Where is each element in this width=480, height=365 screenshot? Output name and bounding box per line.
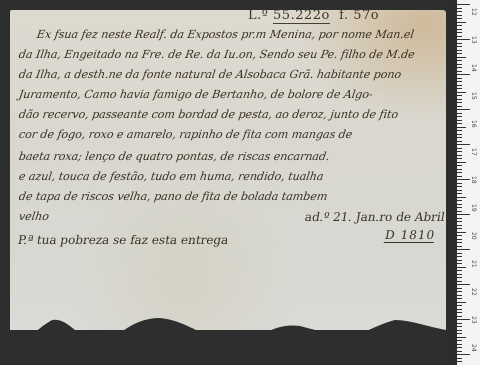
ruler-label: 17 [470,148,477,156]
ruler-label: 21 [470,260,477,268]
manuscript-line-7: baeta roxa; lenço de quatro pontas, de r… [18,150,330,163]
ruler-tick [457,50,462,51]
ruler-tick [457,120,462,121]
manuscript-line-6: cor de fogo, roxo e amarelo, rapinho de … [18,128,353,141]
ruler-tick [457,260,462,261]
ruler-tick [457,36,462,37]
ruler-tick [457,277,462,278]
ruler-tick [457,197,466,198]
scan-border-strip [447,0,457,365]
ruler-tick [457,22,466,23]
ruler-tick [457,32,462,33]
manuscript-line-4: Juramento, Camo havia famigo de Bertanho… [18,88,374,101]
ruler-tick [457,351,462,352]
ruler-tick [457,200,462,201]
ruler-tick [457,60,462,61]
ruler-tick [457,148,462,149]
ruler-tick [457,291,462,292]
manuscript-line-3: da Ilha, a desth.ne da fonte natural de … [18,68,402,81]
folio-number: 57o [353,8,379,23]
ruler-tick [457,29,462,30]
manuscript-line-5: dão recervo, passeante com bordad de pes… [18,108,399,121]
ruler-tick [457,169,462,170]
ruler-tick [457,242,462,243]
manuscript-line-1: Ex fsua fez neste Realf. da Expostos pr.… [36,28,415,41]
ruler-tick [457,319,470,320]
ruler-tick [457,305,462,306]
manuscript-line-10: velho [18,210,50,223]
ruler-tick [457,106,462,107]
ruler-tick [457,74,470,75]
ruler-tick [457,246,462,247]
ruler-tick [457,190,462,191]
ruler-tick [457,11,462,12]
ruler-tick [457,179,470,180]
ruler-tick [457,99,462,100]
reference-prefix: L.º [248,8,268,23]
ruler-tick [457,95,462,96]
manuscript-line-9: de tapa de riscos velha, pano de fita de… [18,190,328,203]
ruler-tick [457,137,462,138]
ruler-tick [457,39,470,40]
ruler-tick [457,330,462,331]
ruler-tick [457,207,462,208]
ruler-tick [457,43,462,44]
ruler-tick [457,155,462,156]
reference-number: L.º 55.222o f. 57o [248,8,379,23]
ruler-tick [457,186,462,187]
ruler-tick [457,347,462,348]
ruler-tick [457,158,462,159]
ruler-label: 15 [470,92,477,100]
ruler-tick [457,172,462,173]
manuscript-line-8: e azul, touca de festão, tudo em huma, r… [18,170,324,183]
ruler-tick [457,340,462,341]
ruler-label: 18 [470,176,477,184]
ruler-tick [457,67,462,68]
ruler-tick [457,183,462,184]
ruler-tick [457,235,462,236]
ruler-tick [457,333,462,334]
ruler-label: 24 [470,344,477,352]
ruler-tick [457,204,462,205]
ruler-tick [457,239,462,240]
ruler-tick [457,270,462,271]
ruler-tick [457,81,462,82]
ruler-tick [457,337,466,338]
ruler-tick [457,78,462,79]
ruler-tick [457,165,462,166]
ruler-tick [457,88,462,89]
ruler-tick [457,298,462,299]
ruler-tick [457,71,462,72]
ruler-tick [457,134,462,135]
ruler-tick [457,214,470,215]
ruler-tick [457,302,466,303]
ruler-tick [457,8,462,9]
ruler-tick [457,253,462,254]
ruler-tick [457,344,462,345]
ruler-tick [457,228,462,229]
ruler-tick [457,127,466,128]
ruler-tick [457,211,462,212]
ruler-tick [457,193,462,194]
ruler-label: 16 [470,120,477,128]
ruler-tick [457,92,466,93]
ruler-label: 12 [470,8,477,16]
closing-line: P.ª tua pobreza se faz esta entrega [17,233,230,247]
ruler-tick [457,46,462,47]
ruler-tick [457,102,462,103]
ruler-tick [457,151,462,152]
ruler-tick [457,316,462,317]
signature-year: D 1810 [384,228,437,243]
ruler-tick [457,144,470,145]
ruler-tick [457,116,462,117]
ruler-label: 22 [470,288,477,296]
ruler-tick [457,232,466,233]
ruler-tick [457,225,462,226]
ruler-label: 19 [470,204,477,212]
ruler-tick [457,284,470,285]
ruler-tick [457,123,462,124]
ruler-tick [457,4,470,5]
ruler-tick [457,263,462,264]
ruler-tick [457,113,462,114]
manuscript-line-2: da Ilha, Engeitado na Fre. de Re. da Iu.… [18,48,416,61]
ruler-tick [457,162,466,163]
ruler-tick [457,176,462,177]
ruler-tick [457,64,462,65]
ruler-tick [457,249,470,250]
ruler-tick [457,130,462,131]
ruler-tick [457,57,466,58]
ruler-tick [457,358,462,359]
ruler-tick [457,274,462,275]
ruler-tick [457,295,462,296]
ruler-tick [457,312,462,313]
ruler-tick [457,221,462,222]
ruler-label: 13 [470,36,477,44]
ruler-tick [457,18,462,19]
ruler-tick [457,141,462,142]
ruler-tick [457,256,462,257]
ruler-tick [457,288,462,289]
ruler-tick [457,281,462,282]
folio-prefix: f. [339,8,348,23]
ruler-tick [457,85,462,86]
ruler-tick [457,326,462,327]
reference-code: 55.222o [273,8,330,24]
ruler-tick [457,53,462,54]
ruler-tick [457,354,470,355]
ruler-tick [457,309,462,310]
ruler-tick [457,267,466,268]
torn-bottom-edge [0,268,480,365]
measurement-ruler: 12131415161718192021222324 [457,0,480,365]
ruler-tick [457,218,462,219]
ruler-label: 20 [470,232,477,240]
ruler-tick [457,25,462,26]
ruler-label: 14 [470,64,477,72]
ruler-tick [457,323,462,324]
ruler-tick [457,361,462,362]
signature-date: ad.º 21. Jan.ro de Abril [304,210,446,224]
ruler-tick [457,15,462,16]
ruler-label: 23 [470,316,477,324]
ruler-tick [457,109,470,110]
